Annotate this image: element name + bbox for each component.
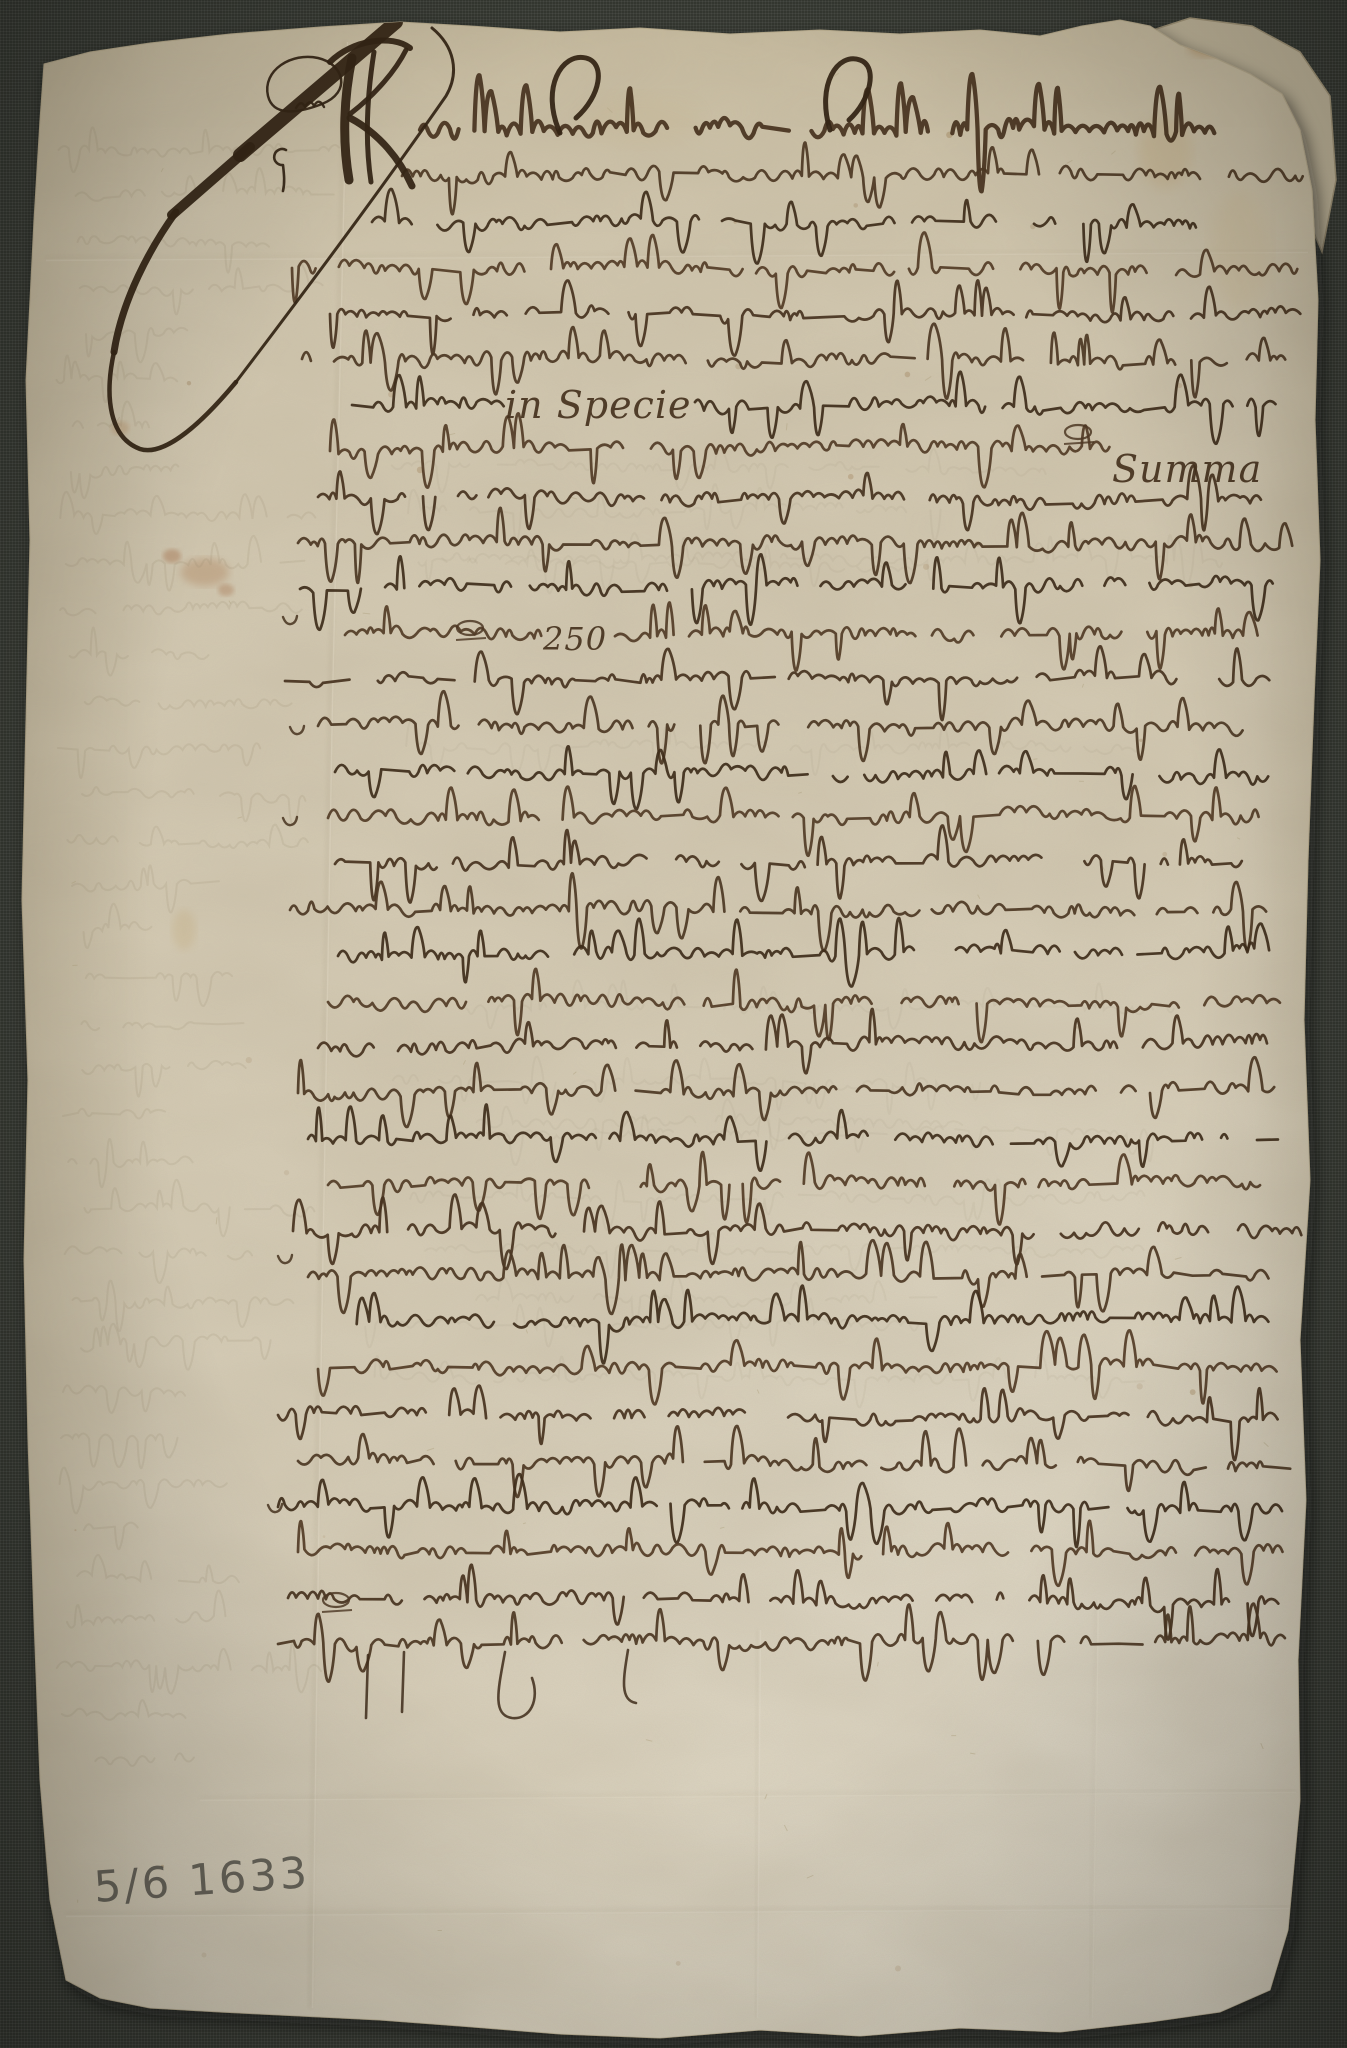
foxing-dot xyxy=(1162,852,1167,857)
age-stain xyxy=(181,558,229,586)
foxing-dot xyxy=(853,203,858,208)
foxing-dot xyxy=(1137,1383,1143,1389)
age-stain xyxy=(1210,190,1270,310)
legible-word: 250 xyxy=(542,620,607,658)
foxing-dot xyxy=(74,1529,76,1531)
legible-word: Summa xyxy=(1112,447,1262,491)
paper-fiber xyxy=(1033,759,1037,760)
foxing-dot xyxy=(187,381,191,385)
age-stain xyxy=(218,584,234,596)
scan-stage: in SpecieSumma250 5/6 1633 xyxy=(0,0,1347,2048)
foxing-dot xyxy=(284,1170,289,1175)
foxing-dot xyxy=(202,1953,207,1958)
foxing-dot xyxy=(1190,1389,1196,1395)
foxing-dot xyxy=(848,474,854,480)
foxing-dot xyxy=(246,1057,252,1063)
manuscript-svg: in SpecieSumma250 5/6 1633 xyxy=(0,0,1347,2048)
age-stain xyxy=(172,910,196,950)
foxing-dot xyxy=(1139,739,1142,742)
foxing-dot xyxy=(895,1966,901,1972)
foxing-dot xyxy=(905,372,911,378)
paper-fiber xyxy=(786,423,787,430)
legible-word: in Specie xyxy=(505,383,691,427)
foxing-dot xyxy=(676,1961,681,1966)
foxing-dot xyxy=(323,1535,326,1538)
age-stain xyxy=(163,549,181,563)
